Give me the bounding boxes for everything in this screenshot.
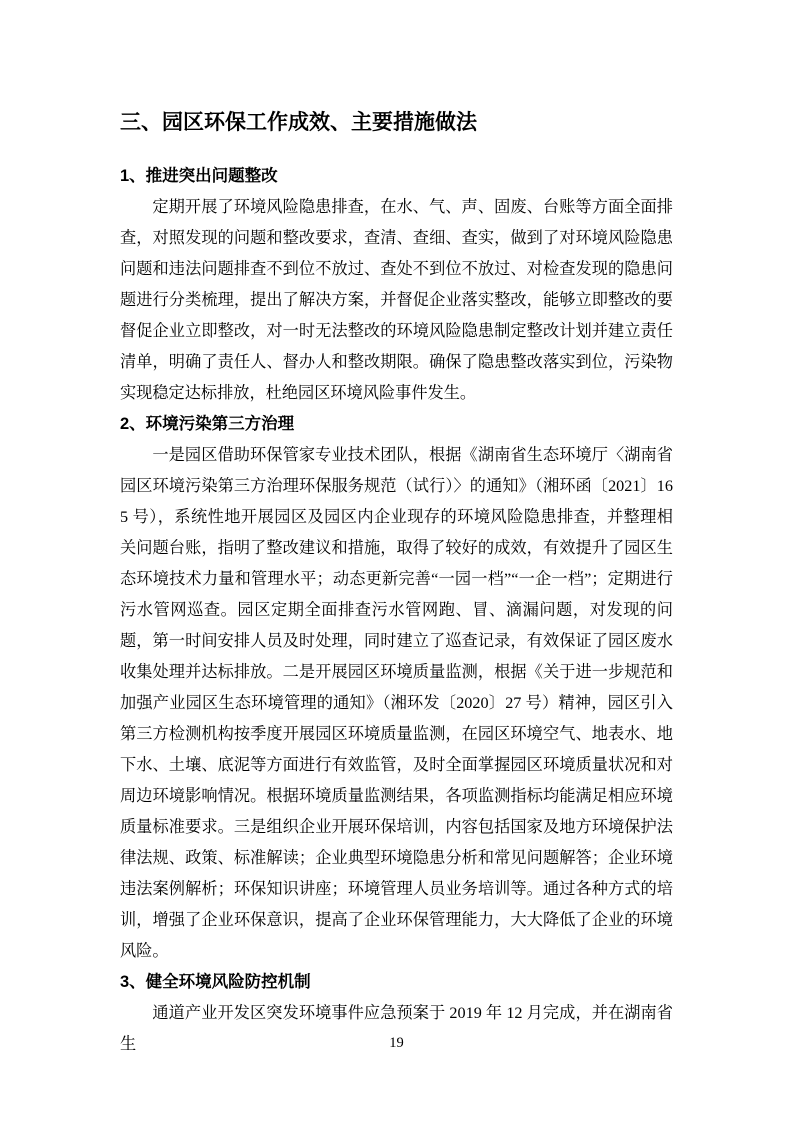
page-number: 19 bbox=[0, 1035, 793, 1052]
section-1-title: 1、推进突出问题整改 bbox=[120, 161, 673, 192]
section-3-title: 3、健全环境风险防控机制 bbox=[120, 967, 673, 998]
document-page: 三、园区环保工作成效、主要措施做法 1、推进突出问题整改 定期开展了环境风险隐患… bbox=[0, 0, 793, 1122]
section-1: 1、推进突出问题整改 定期开展了环境风险隐患排查，在水、气、声、固废、台账等方面… bbox=[120, 161, 673, 409]
document-heading: 三、园区环保工作成效、主要措施做法 bbox=[120, 108, 673, 138]
section-2-paragraph: 一是园区借助环保管家专业技术团队，根据《湖南省生态环境厅〈湖南省园区环境污染第三… bbox=[120, 440, 673, 967]
section-2: 2、环境污染第三方治理 一是园区借助环保管家专业技术团队，根据《湖南省生态环境厅… bbox=[120, 409, 673, 967]
section-1-paragraph: 定期开展了环境风险隐患排查，在水、气、声、固废、台账等方面全面排查，对照发现的问… bbox=[120, 192, 673, 409]
section-2-title: 2、环境污染第三方治理 bbox=[120, 409, 673, 440]
document-content: 三、园区环保工作成效、主要措施做法 1、推进突出问题整改 定期开展了环境风险隐患… bbox=[120, 108, 673, 1060]
